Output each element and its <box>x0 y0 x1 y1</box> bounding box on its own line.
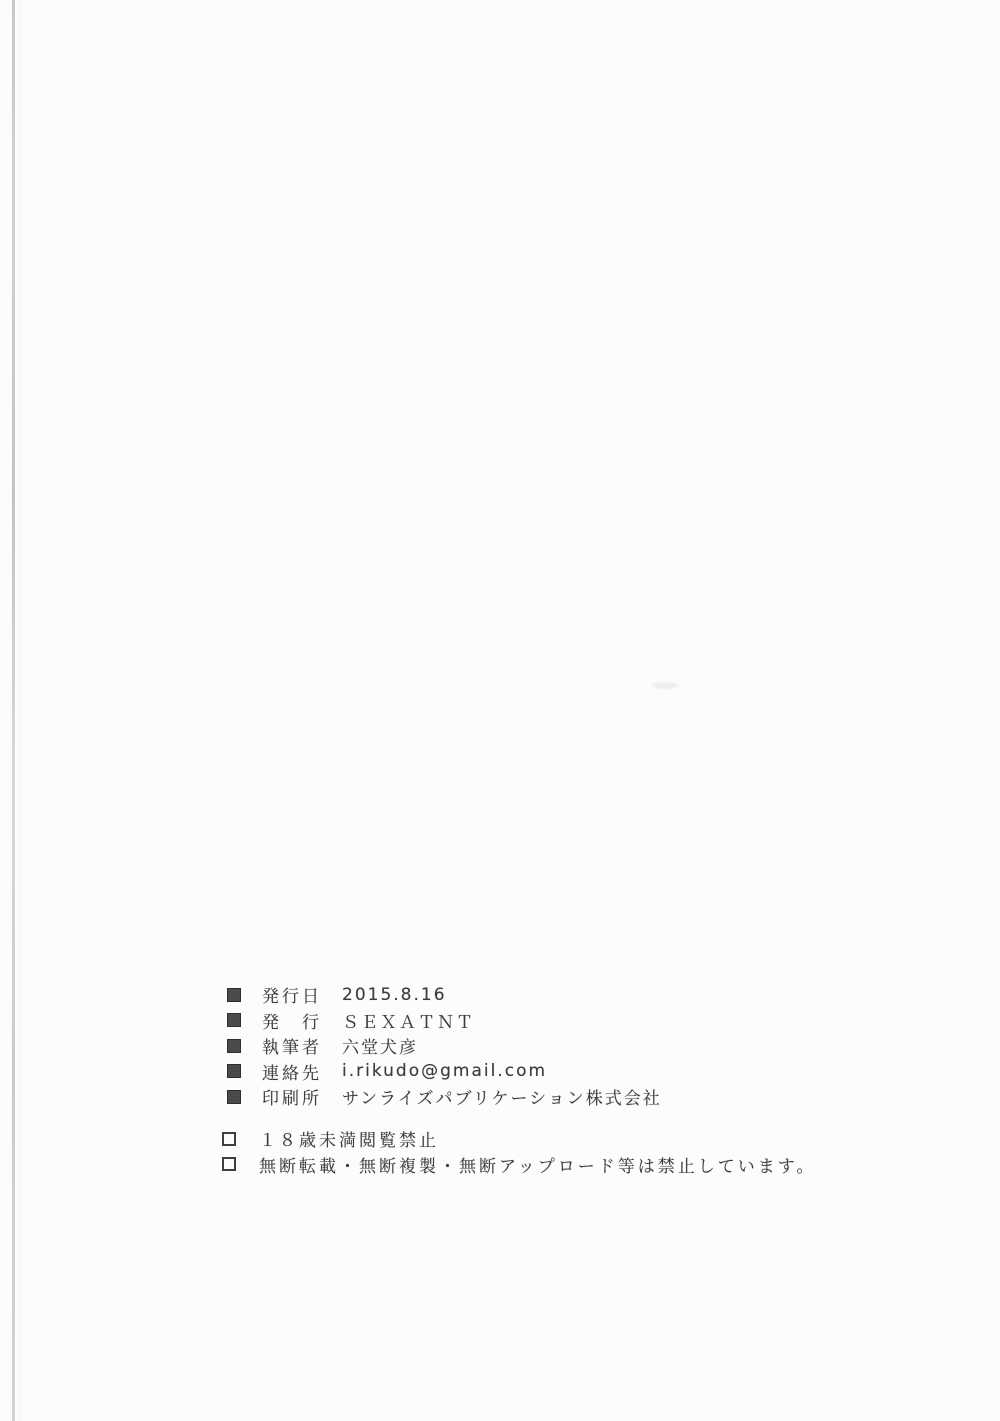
colophon-value: 2015.8.16 <box>342 985 447 1005</box>
colophon-value: 六堂犬彦 <box>342 1033 418 1058</box>
colophon-label: 発行日 <box>262 982 342 1007</box>
notice-text: 無断転載・無断複製・無断アップロード等は禁止しています。 <box>257 1152 816 1177</box>
filled-square-icon <box>227 1013 241 1027</box>
colophon-value: サンライズパブリケーション株式会社 <box>342 1084 662 1109</box>
colophon-label: 連絡先 <box>262 1059 342 1084</box>
empty-square-checkbox-icon <box>222 1132 236 1146</box>
colophon-row-contact: 連絡先 i.rikudo@gmail.com <box>227 1059 662 1085</box>
filled-square-icon <box>227 1039 241 1053</box>
filled-square-icon <box>227 1064 241 1078</box>
scanned-page: 発行日 2015.8.16 発 行 ＳＥＸＡＴＮＴ 執筆者 六堂犬彦 連絡先 i… <box>0 0 1000 1421</box>
notice-row-age-restriction: １８歳未満閲覧禁止 <box>222 1126 816 1152</box>
empty-square-checkbox-icon <box>222 1157 236 1171</box>
scan-seam-highlight <box>15 0 22 1421</box>
filled-square-icon <box>227 1090 241 1104</box>
scan-smudge <box>652 682 678 689</box>
colophon-label: 発 行 <box>262 1008 342 1033</box>
colophon-row-publisher: 発 行 ＳＥＸＡＴＮＴ <box>227 1008 662 1034</box>
notice-text: １８歳未満閲覧禁止 <box>257 1126 439 1151</box>
colophon-value: ＳＥＸＡＴＮＴ <box>342 1008 475 1033</box>
colophon-block: 発行日 2015.8.16 発 行 ＳＥＸＡＴＮＴ 執筆者 六堂犬彦 連絡先 i… <box>227 982 662 1110</box>
notice-row-no-reproduction: 無断転載・無断複製・無断アップロード等は禁止しています。 <box>222 1152 816 1178</box>
colophon-value: i.rikudo@gmail.com <box>342 1061 547 1081</box>
notice-block: １８歳未満閲覧禁止 無断転載・無断複製・無断アップロード等は禁止しています。 <box>222 1126 816 1177</box>
filled-square-icon <box>227 988 241 1002</box>
colophon-row-author: 執筆者 六堂犬彦 <box>227 1033 662 1059</box>
colophon-row-printer: 印刷所 サンライズパブリケーション株式会社 <box>227 1084 662 1110</box>
colophon-label: 執筆者 <box>262 1033 342 1058</box>
colophon-row-publish-date: 発行日 2015.8.16 <box>227 982 662 1008</box>
colophon-label: 印刷所 <box>262 1084 342 1109</box>
